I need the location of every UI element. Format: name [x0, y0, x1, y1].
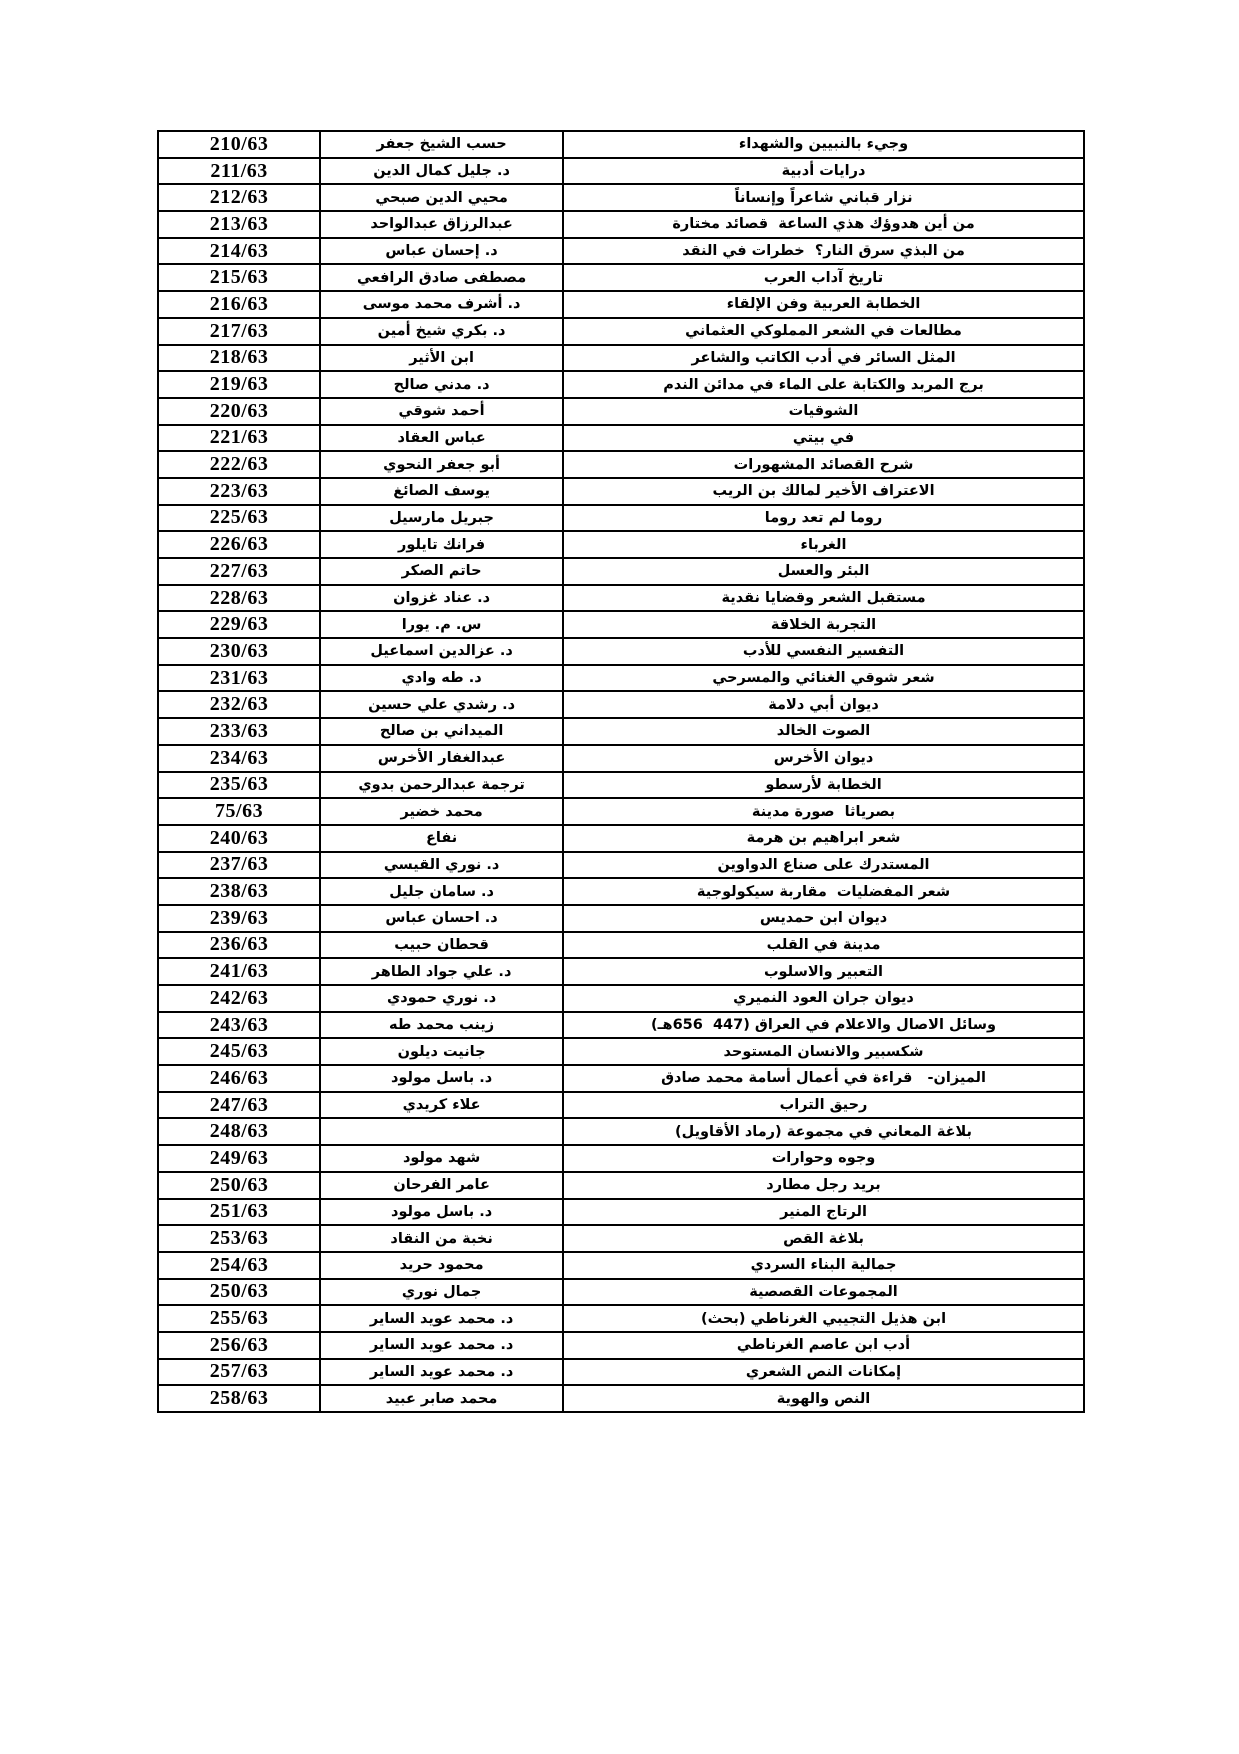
- book-title-cell: وجوه وحوارات: [563, 1145, 1084, 1172]
- book-title-cell: النص والهوية: [563, 1385, 1084, 1412]
- book-title-cell: ديوان الأخرس: [563, 745, 1084, 772]
- record-number-cell: 253/63: [158, 1225, 320, 1252]
- table-row: 231/63 د. طه وادي شعر شوقي الغنائي والمس…: [158, 665, 1084, 692]
- record-number-cell: 246/63: [158, 1065, 320, 1092]
- book-title-cell: شعر ابراهيم بن هرمة: [563, 825, 1084, 852]
- author-name-cell: زينب محمد طه: [320, 1012, 563, 1039]
- author-name-cell: ابن الأثير: [320, 345, 563, 372]
- table-row: 237/63 د. نوري القيسي المستدرك على صناع …: [158, 852, 1084, 879]
- book-title-cell: التجربة الخلاقة: [563, 611, 1084, 638]
- author-name-cell: شهد مولود: [320, 1145, 563, 1172]
- book-title-cell: ديوان ابن حمديس: [563, 905, 1084, 932]
- table-row: 255/63 د. محمد عويد الساير ابن هذيل التج…: [158, 1305, 1084, 1332]
- table-row: 229/63 س. م. يورا التجربة الخلاقة: [158, 611, 1084, 638]
- record-number-cell: 249/63: [158, 1145, 320, 1172]
- author-name-cell: محمود حريد: [320, 1252, 563, 1279]
- table-row: 235/63 ترجمة عبدالرحمن بدوي الخطابة لأرس…: [158, 772, 1084, 799]
- author-name-cell: أبو جعفر النحوي: [320, 451, 563, 478]
- table-row: 250/63 جمال نوري المجموعات القصصية: [158, 1279, 1084, 1306]
- table-row: 227/63 حاتم الصكر البئر والعسل: [158, 558, 1084, 585]
- table-row: 228/63 د. عناد غزوان مستقبل الشعر وقضايا…: [158, 585, 1084, 612]
- book-title-cell: التفسير النفسي للأدب: [563, 638, 1084, 665]
- record-number-cell: 215/63: [158, 264, 320, 291]
- record-number-cell: 240/63: [158, 825, 320, 852]
- book-title-cell: ابن هذيل التجيبي الغرناطي (بحث): [563, 1305, 1084, 1332]
- book-title-cell: جمالية البناء السردي: [563, 1252, 1084, 1279]
- record-number-cell: 248/63: [158, 1118, 320, 1145]
- record-number-cell: 239/63: [158, 905, 320, 932]
- table-row: 232/63 د. رشدي علي حسين ديوان أبي دلامة: [158, 691, 1084, 718]
- record-number-cell: 217/63: [158, 318, 320, 345]
- book-register-table: 210/63 حسب الشيخ جعفر وجيء بالنبيين والش…: [157, 130, 1085, 1413]
- author-name-cell: قحطان حبيب: [320, 932, 563, 959]
- record-number-cell: 228/63: [158, 585, 320, 612]
- book-title-cell: مدينة في القلب: [563, 932, 1084, 959]
- table-row: 248/63 بلاغة المعاني في مجموعة (رماد الأ…: [158, 1118, 1084, 1145]
- record-number-cell: 219/63: [158, 371, 320, 398]
- book-register-body: 210/63 حسب الشيخ جعفر وجيء بالنبيين والش…: [158, 131, 1084, 1412]
- book-title-cell: شرح القصائد المشهورات: [563, 451, 1084, 478]
- book-title-cell: من أين هدوؤك هذي الساعة قصائد مختارة: [563, 211, 1084, 238]
- book-title-cell: المجموعات القصصية: [563, 1279, 1084, 1306]
- record-number-cell: 211/63: [158, 158, 320, 185]
- book-title-cell: الخطابة لأرسطو: [563, 772, 1084, 799]
- author-name-cell: جانيت ديلون: [320, 1038, 563, 1065]
- book-title-cell: وسائل الاصال والاعلام في العراق (447 656…: [563, 1012, 1084, 1039]
- record-number-cell: 213/63: [158, 211, 320, 238]
- author-name-cell: محيي الدين صبحي: [320, 184, 563, 211]
- record-number-cell: 241/63: [158, 958, 320, 985]
- table-row: 241/63 د. علي جواد الطاهر التعبير والاسل…: [158, 958, 1084, 985]
- author-name-cell: عباس العقاد: [320, 425, 563, 452]
- record-number-cell: 250/63: [158, 1279, 320, 1306]
- book-title-cell: ديوان أبي دلامة: [563, 691, 1084, 718]
- author-name-cell: حاتم الصكر: [320, 558, 563, 585]
- author-name-cell: د. احسان عباس: [320, 905, 563, 932]
- book-title-cell: من البذي سرق النار؟ خطرات في النقد: [563, 238, 1084, 265]
- author-name-cell: عبدالرزاق عبدالواحد: [320, 211, 563, 238]
- book-title-cell: في بيتي: [563, 425, 1084, 452]
- record-number-cell: 237/63: [158, 852, 320, 879]
- author-name-cell: د. محمد عويد الساير: [320, 1359, 563, 1386]
- table-row: 254/63 محمود حريد جمالية البناء السردي: [158, 1252, 1084, 1279]
- table-row: 245/63 جانيت ديلون شكسبير والانسان المست…: [158, 1038, 1084, 1065]
- table-row: 247/63 علاء كريدي رحيق التراب: [158, 1092, 1084, 1119]
- table-row: 251/63 د. باسل مولود الرتاج المنير: [158, 1199, 1084, 1226]
- record-number-cell: 229/63: [158, 611, 320, 638]
- table-row: 226/63 فرانك تايلور الغرباء: [158, 531, 1084, 558]
- record-number-cell: 250/63: [158, 1172, 320, 1199]
- author-name-cell: حسب الشيخ جعفر: [320, 131, 563, 158]
- author-name-cell: محمد خضير: [320, 798, 563, 825]
- record-number-cell: 256/63: [158, 1332, 320, 1359]
- table-row: 239/63 د. احسان عباس ديوان ابن حمديس: [158, 905, 1084, 932]
- record-number-cell: 231/63: [158, 665, 320, 692]
- record-number-cell: 220/63: [158, 398, 320, 425]
- book-title-cell: شعر شوقي الغنائي والمسرحي: [563, 665, 1084, 692]
- record-number-cell: 216/63: [158, 291, 320, 318]
- table-row: 253/63 نخبة من النقاد بلاغة القص: [158, 1225, 1084, 1252]
- table-row: 219/63 د. مدني صالح برج المربد والكتابة …: [158, 371, 1084, 398]
- table-row: 258/63 محمد صابر عبيد النص والهوية: [158, 1385, 1084, 1412]
- author-name-cell: فرانك تايلور: [320, 531, 563, 558]
- book-title-cell: وجيء بالنبيين والشهداء: [563, 131, 1084, 158]
- book-title-cell: ديوان جران العود النميري: [563, 985, 1084, 1012]
- author-name-cell: د. عناد غزوان: [320, 585, 563, 612]
- book-title-cell: تاريخ آداب العرب: [563, 264, 1084, 291]
- table-row: 256/63 د. محمد عويد الساير أدب ابن عاصم …: [158, 1332, 1084, 1359]
- author-name-cell: عبدالغفار الأخرس: [320, 745, 563, 772]
- author-name-cell: د. سامان جليل: [320, 878, 563, 905]
- table-row: 213/63 عبدالرزاق عبدالواحد من أين هدوؤك …: [158, 211, 1084, 238]
- table-row: 234/63 عبدالغفار الأخرس ديوان الأخرس: [158, 745, 1084, 772]
- table-row: 225/63 جبريل مارسيل روما لم تعد روما: [158, 505, 1084, 532]
- author-name-cell: د. إحسان عباس: [320, 238, 563, 265]
- table-row: 222/63 أبو جعفر النحوي شرح القصائد المشه…: [158, 451, 1084, 478]
- book-title-cell: المستدرك على صناع الدواوين: [563, 852, 1084, 879]
- record-number-cell: 255/63: [158, 1305, 320, 1332]
- record-number-cell: 225/63: [158, 505, 320, 532]
- scanned-page: 210/63 حسب الشيخ جعفر وجيء بالنبيين والش…: [0, 0, 1239, 1754]
- book-title-cell: رحيق التراب: [563, 1092, 1084, 1119]
- table-row: 230/63 د. عزالدين اسماعيل التفسير النفسي…: [158, 638, 1084, 665]
- record-number-cell: 243/63: [158, 1012, 320, 1039]
- author-name-cell: الميداني بن صالح: [320, 718, 563, 745]
- book-title-cell: الميزان- قراءة في أعمال أسامة محمد صادق: [563, 1065, 1084, 1092]
- record-number-cell: 212/63: [158, 184, 320, 211]
- table-row: 218/63 ابن الأثير المثل السائر في أدب ال…: [158, 345, 1084, 372]
- book-title-cell: نزار قباني شاعراً وإنساناً: [563, 184, 1084, 211]
- record-number-cell: 226/63: [158, 531, 320, 558]
- table-row: 217/63 د. بكري شيخ أمين مطالعات في الشعر…: [158, 318, 1084, 345]
- record-number-cell: 222/63: [158, 451, 320, 478]
- book-title-cell: بلاغة المعاني في مجموعة (رماد الأقاويل): [563, 1118, 1084, 1145]
- table-row: 75/63 محمد خضير بصرياثا صورة مدينة: [158, 798, 1084, 825]
- record-number-cell: 221/63: [158, 425, 320, 452]
- table-row: 243/63 زينب محمد طه وسائل الاصال والاعلا…: [158, 1012, 1084, 1039]
- book-title-cell: بريد رجل مطارد: [563, 1172, 1084, 1199]
- table-row: 242/63 د. نوري حمودي ديوان جران العود ال…: [158, 985, 1084, 1012]
- book-title-cell: الرتاج المنير: [563, 1199, 1084, 1226]
- author-name-cell: س. م. يورا: [320, 611, 563, 638]
- author-name-cell: د. نوري القيسي: [320, 852, 563, 879]
- record-number-cell: 245/63: [158, 1038, 320, 1065]
- book-title-cell: أدب ابن عاصم الغرناطي: [563, 1332, 1084, 1359]
- author-name-cell: د. محمد عويد الساير: [320, 1305, 563, 1332]
- book-title-cell: إمكانات النص الشعري: [563, 1359, 1084, 1386]
- book-title-cell: الاعتراف الأخير لمالك بن الريب: [563, 478, 1084, 505]
- author-name-cell: د. جليل كمال الدين: [320, 158, 563, 185]
- table-row: 221/63 عباس العقاد في بيتي: [158, 425, 1084, 452]
- author-name-cell: د. طه وادي: [320, 665, 563, 692]
- author-name-cell: نفاع: [320, 825, 563, 852]
- author-name-cell: د. رشدي علي حسين: [320, 691, 563, 718]
- record-number-cell: 251/63: [158, 1199, 320, 1226]
- record-number-cell: 254/63: [158, 1252, 320, 1279]
- author-name-cell: عامر الفرحان: [320, 1172, 563, 1199]
- table-row: 249/63 شهد مولود وجوه وحوارات: [158, 1145, 1084, 1172]
- record-number-cell: 218/63: [158, 345, 320, 372]
- author-name-cell: جمال نوري: [320, 1279, 563, 1306]
- book-title-cell: الصوت الخالد: [563, 718, 1084, 745]
- author-name-cell: د. باسل مولود: [320, 1065, 563, 1092]
- record-number-cell: 236/63: [158, 932, 320, 959]
- author-name-cell: علاء كريدي: [320, 1092, 563, 1119]
- table-row: 240/63 نفاع شعر ابراهيم بن هرمة: [158, 825, 1084, 852]
- table-row: 211/63 د. جليل كمال الدين درايات أدبية: [158, 158, 1084, 185]
- book-title-cell: شعر المفضليات مقاربة سيكولوجية: [563, 878, 1084, 905]
- table-row: 233/63 الميداني بن صالح الصوت الخالد: [158, 718, 1084, 745]
- book-title-cell: بلاغة القص: [563, 1225, 1084, 1252]
- table-row: 220/63 أحمد شوقي الشوقيات: [158, 398, 1084, 425]
- record-number-cell: 235/63: [158, 772, 320, 799]
- author-name-cell: جبريل مارسيل: [320, 505, 563, 532]
- author-name-cell: د. باسل مولود: [320, 1199, 563, 1226]
- record-number-cell: 214/63: [158, 238, 320, 265]
- author-name-cell: ترجمة عبدالرحمن بدوي: [320, 772, 563, 799]
- record-number-cell: 227/63: [158, 558, 320, 585]
- book-title-cell: الشوقيات: [563, 398, 1084, 425]
- author-name-cell: د. بكري شيخ أمين: [320, 318, 563, 345]
- table-row: 214/63 د. إحسان عباس من البذي سرق النار؟…: [158, 238, 1084, 265]
- record-number-cell: 223/63: [158, 478, 320, 505]
- author-name-cell: د. مدني صالح: [320, 371, 563, 398]
- author-name-cell: أحمد شوقي: [320, 398, 563, 425]
- book-title-cell: درايات أدبية: [563, 158, 1084, 185]
- table-row: 246/63 د. باسل مولود الميزان- قراءة في أ…: [158, 1065, 1084, 1092]
- record-number-cell: 258/63: [158, 1385, 320, 1412]
- book-title-cell: المثل السائر في أدب الكاتب والشاعر: [563, 345, 1084, 372]
- record-number-cell: 230/63: [158, 638, 320, 665]
- author-name-cell: مصطفى صادق الرافعي: [320, 264, 563, 291]
- record-number-cell: 242/63: [158, 985, 320, 1012]
- author-name-cell: [320, 1118, 563, 1145]
- record-number-cell: 238/63: [158, 878, 320, 905]
- table-row: 250/63 عامر الفرحان بريد رجل مطارد: [158, 1172, 1084, 1199]
- book-title-cell: التعبير والاسلوب: [563, 958, 1084, 985]
- table-row: 215/63 مصطفى صادق الرافعي تاريخ آداب الع…: [158, 264, 1084, 291]
- author-name-cell: محمد صابر عبيد: [320, 1385, 563, 1412]
- author-name-cell: د. محمد عويد الساير: [320, 1332, 563, 1359]
- record-number-cell: 233/63: [158, 718, 320, 745]
- table-row: 257/63 د. محمد عويد الساير إمكانات النص …: [158, 1359, 1084, 1386]
- book-title-cell: بصرياثا صورة مدينة: [563, 798, 1084, 825]
- record-number-cell: 247/63: [158, 1092, 320, 1119]
- book-title-cell: مطالعات في الشعر المملوكي العثماني: [563, 318, 1084, 345]
- author-name-cell: د. عزالدين اسماعيل: [320, 638, 563, 665]
- record-number-cell: 257/63: [158, 1359, 320, 1386]
- table-row: 210/63 حسب الشيخ جعفر وجيء بالنبيين والش…: [158, 131, 1084, 158]
- record-number-cell: 75/63: [158, 798, 320, 825]
- table-row: 212/63 محيي الدين صبحي نزار قباني شاعراً…: [158, 184, 1084, 211]
- book-title-cell: الغرباء: [563, 531, 1084, 558]
- table-row: 223/63 يوسف الصائغ الاعتراف الأخير لمالك…: [158, 478, 1084, 505]
- table-row: 238/63 د. سامان جليل شعر المفضليات مقارب…: [158, 878, 1084, 905]
- book-title-cell: مستقبل الشعر وقضايا نقدية: [563, 585, 1084, 612]
- book-title-cell: شكسبير والانسان المستوحد: [563, 1038, 1084, 1065]
- record-number-cell: 234/63: [158, 745, 320, 772]
- author-name-cell: نخبة من النقاد: [320, 1225, 563, 1252]
- author-name-cell: د. أشرف محمد موسى: [320, 291, 563, 318]
- author-name-cell: يوسف الصائغ: [320, 478, 563, 505]
- book-title-cell: البئر والعسل: [563, 558, 1084, 585]
- author-name-cell: د. علي جواد الطاهر: [320, 958, 563, 985]
- author-name-cell: د. نوري حمودي: [320, 985, 563, 1012]
- record-number-cell: 232/63: [158, 691, 320, 718]
- book-title-cell: برج المربد والكتابة على الماء في مدائن ا…: [563, 371, 1084, 398]
- record-number-cell: 210/63: [158, 131, 320, 158]
- table-row: 236/63 قحطان حبيب مدينة في القلب: [158, 932, 1084, 959]
- book-title-cell: الخطابة العربية وفن الإلقاء: [563, 291, 1084, 318]
- book-title-cell: روما لم تعد روما: [563, 505, 1084, 532]
- table-row: 216/63 د. أشرف محمد موسى الخطابة العربية…: [158, 291, 1084, 318]
